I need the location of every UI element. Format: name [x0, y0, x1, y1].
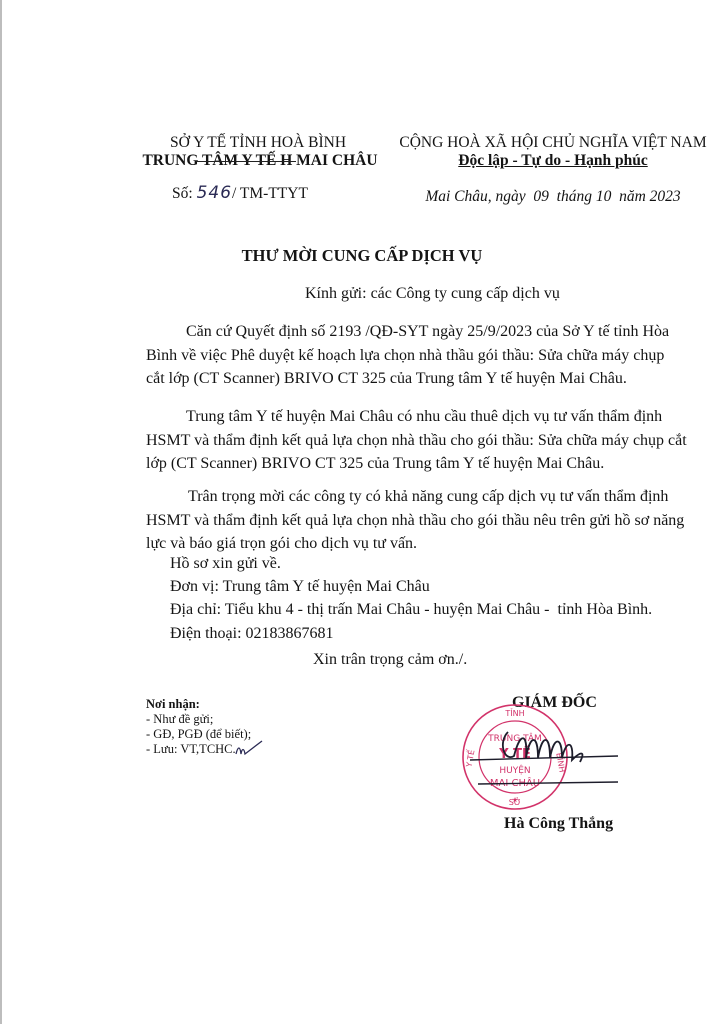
date-line: Mai Châu, ngày 09 tháng 10 năm 2023: [398, 187, 708, 206]
number-suffix: / TM-TTYT: [232, 185, 308, 202]
handwritten-number: 546: [197, 183, 232, 203]
distribution-item: - Lưu: VT,TCHC.: [146, 742, 236, 757]
scan-edge: [0, 0, 2, 1024]
signature-scribble-icon: [468, 722, 628, 792]
contact-intro: Hồ sơ xin gửi về.: [170, 552, 281, 576]
document-number: Số: 546/ TM-TTYT: [172, 184, 308, 203]
agency-name: SỞ Y TẾ TỈNH HOÀ BÌNH: [148, 133, 368, 152]
nation-name: CỘNG HOÀ XÃ HỘI CHỦ NGHĨA VIỆT NAM: [398, 133, 708, 152]
closing-line: Xin trân trọng cảm ơn./.: [313, 648, 467, 672]
initials-mark-icon: [234, 738, 264, 760]
national-motto: Độc lập - Tự do - Hạnh phúc: [398, 151, 708, 170]
paragraph-line: Trung tâm Y tế huyện Mai Châu có nhu cầu…: [146, 405, 686, 429]
distribution-item: - Như đề gửi;: [146, 712, 213, 727]
paragraph-line: cắt lớp (CT Scanner) BRIVO CT 325 của Tr…: [146, 367, 686, 391]
contact-address: Địa chỉ: Tiểu khu 4 - thị trấn Mai Châu …: [170, 598, 652, 622]
recipient-line: Kính gửi: các Công ty cung cấp dịch vụ: [305, 282, 560, 306]
document-title: THƯ MỜI CUNG CẤP DỊCH VỤ: [0, 246, 724, 266]
paragraph-line: HSMT và thẩm định kết quả lựa chọn nhà t…: [146, 429, 686, 453]
svg-text:★: ★: [512, 796, 518, 804]
paragraph-line: lớp (CT Scanner) BRIVO CT 325 của Trung …: [146, 452, 686, 476]
paragraph-line: Trân trọng mời các công ty có khả năng c…: [146, 485, 686, 509]
contact-phone: Điện thoại: 02183867681: [170, 622, 334, 646]
svg-text:TỈNH: TỈNH: [504, 707, 524, 718]
paragraph-3: Trân trọng mời các công ty có khả năng c…: [146, 485, 686, 556]
org-underline: [196, 161, 296, 162]
paragraph-line: HSMT và thẩm định kết quả lựa chọn nhà t…: [146, 509, 686, 533]
paragraph-line: Căn cứ Quyết định số 2193 /QĐ-SYT ngày 2…: [146, 320, 686, 344]
number-label: Số:: [172, 185, 193, 202]
paragraph-line: Bình về việc Phê duyệt kế hoạch lựa chọn…: [146, 344, 686, 368]
distribution-heading: Nơi nhận:: [146, 697, 200, 712]
signer-name: Hà Công Thắng: [504, 815, 613, 833]
paragraph-2: Trung tâm Y tế huyện Mai Châu có nhu cầu…: [146, 405, 686, 476]
contact-unit: Đơn vị: Trung tâm Y tế huyện Mai Châu: [170, 575, 430, 599]
paragraph-1: Căn cứ Quyết định số 2193 /QĐ-SYT ngày 2…: [146, 320, 686, 391]
